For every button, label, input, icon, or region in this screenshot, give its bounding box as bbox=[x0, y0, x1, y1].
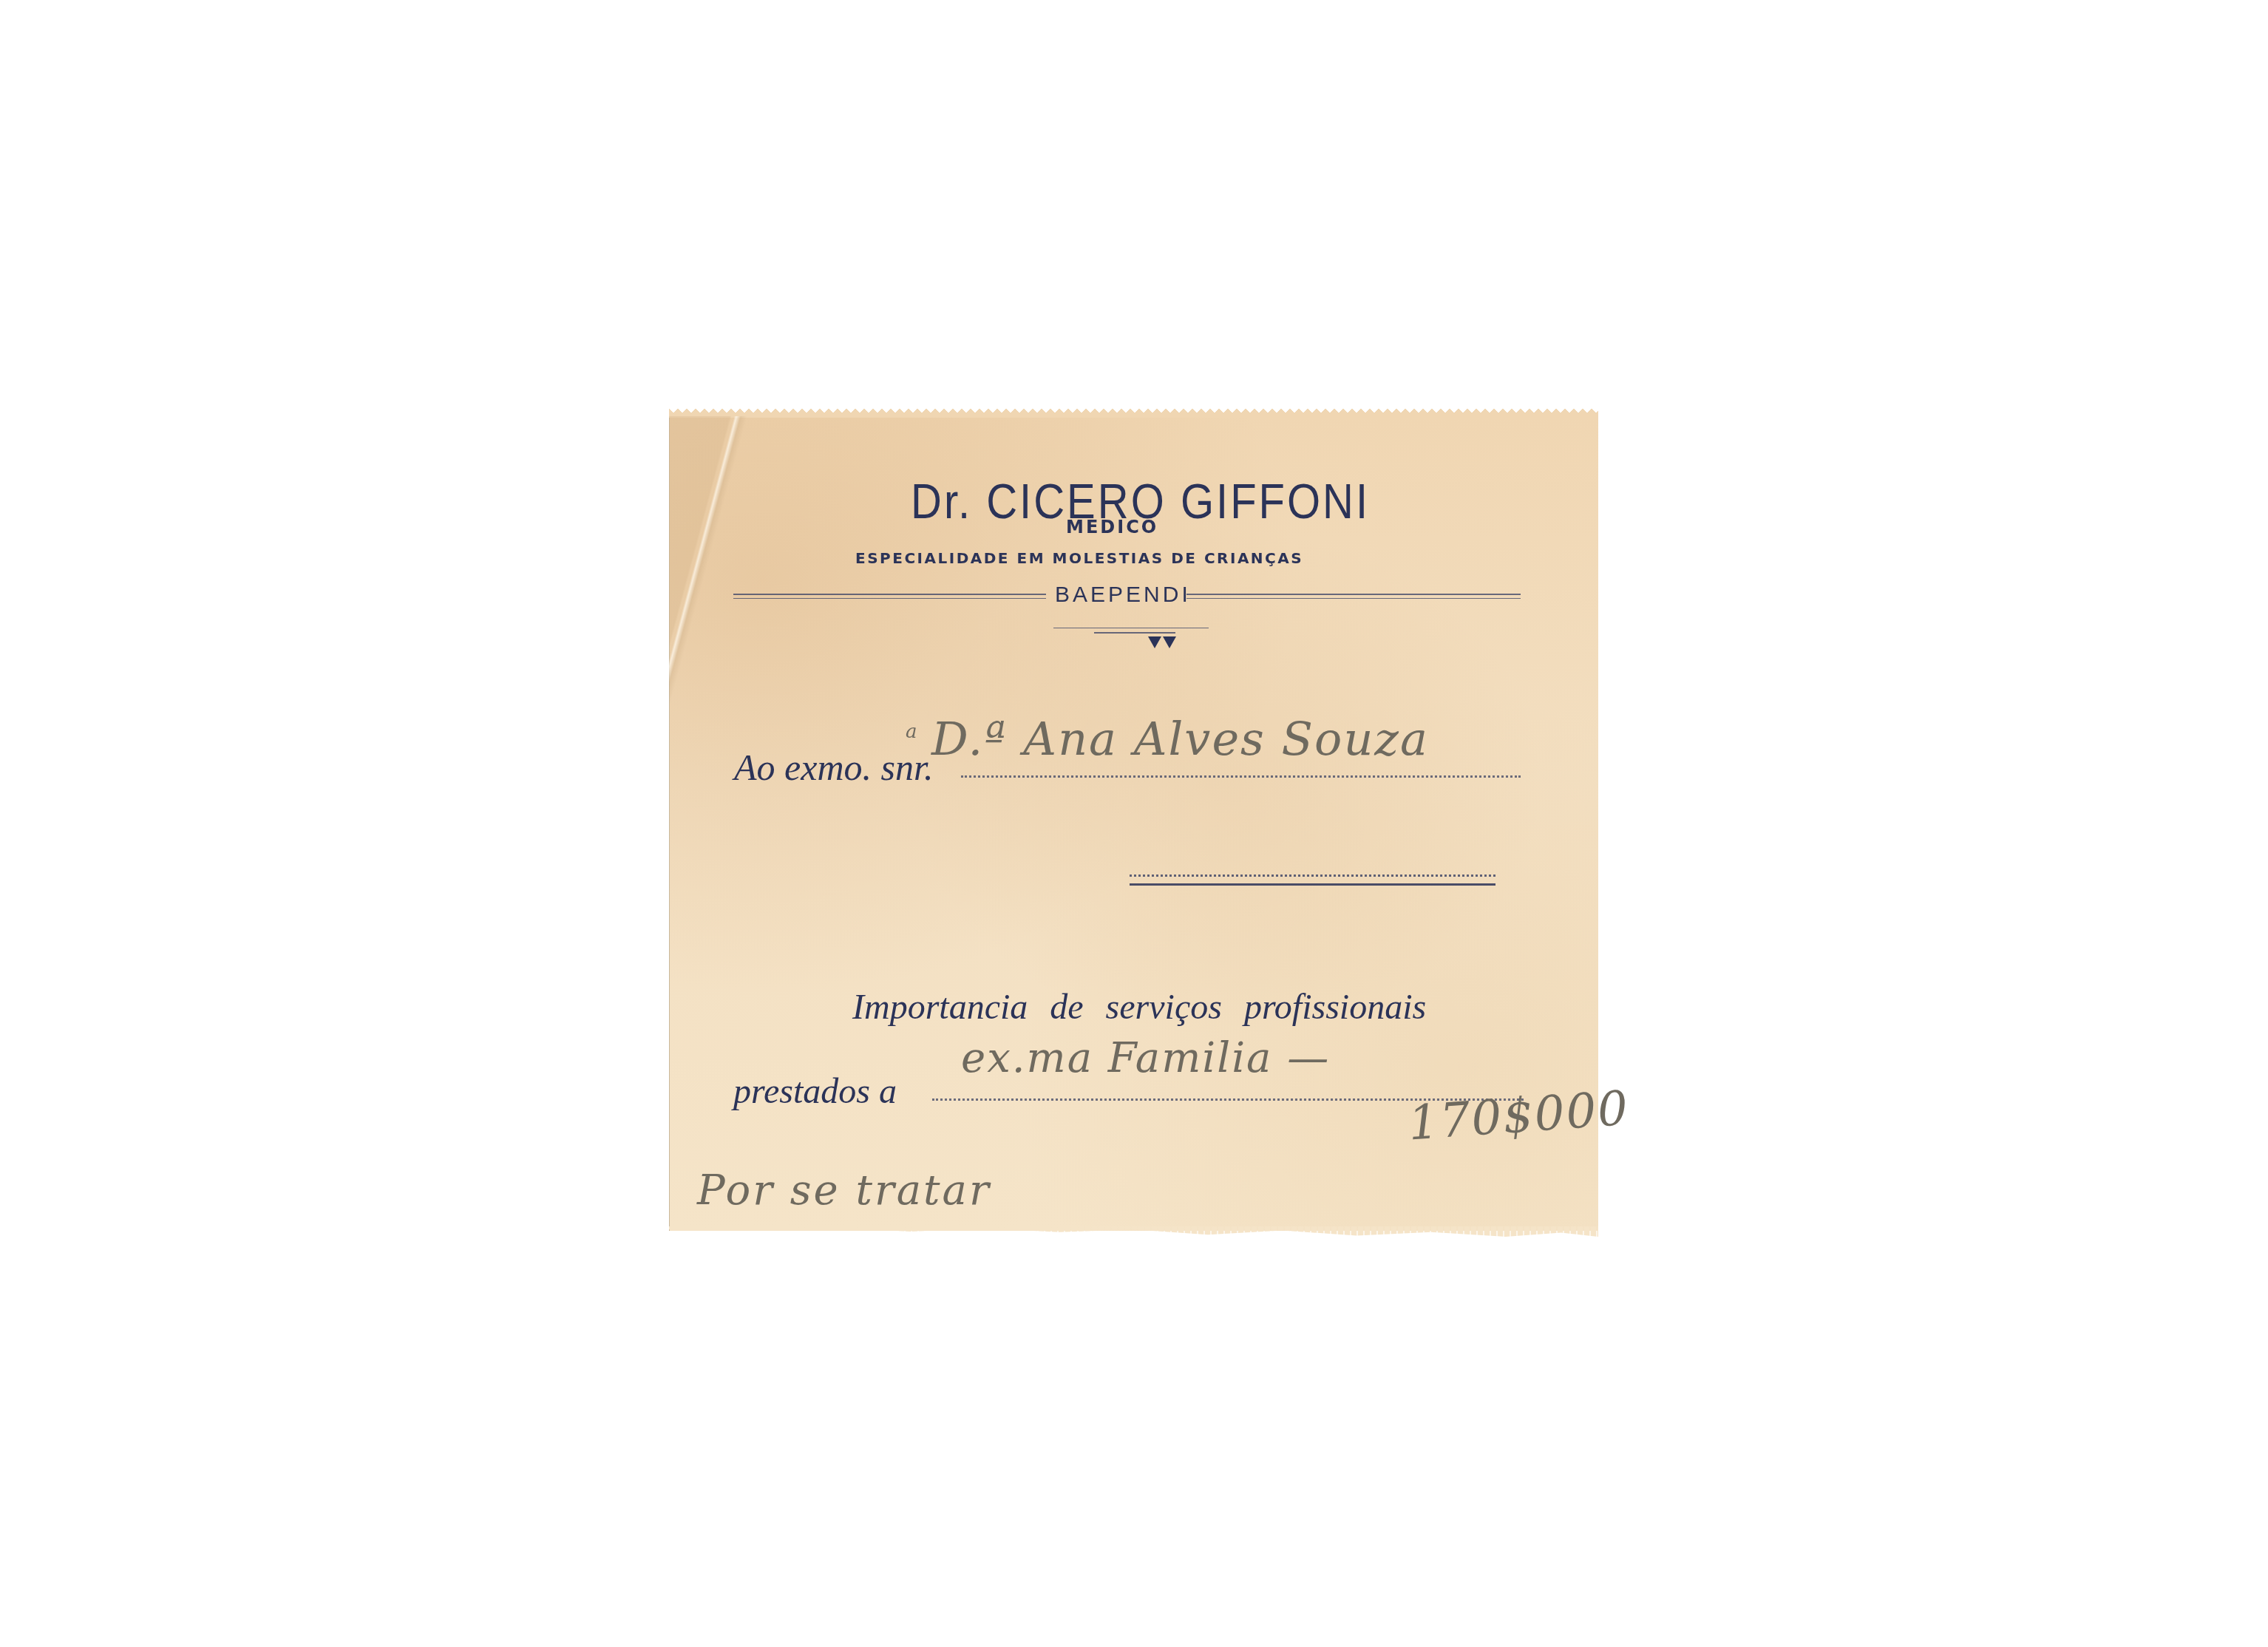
services-label: Importancia de serviços profissionais bbox=[852, 987, 1426, 1028]
perforated-top-edge bbox=[669, 409, 1598, 418]
handwritten-recipient: ex.ma Familia — bbox=[961, 1034, 1330, 1082]
handwritten-addressee-name: D.ª Ana Alves Souza bbox=[931, 712, 1429, 766]
profession: MEDICO bbox=[1066, 517, 1158, 537]
signature-dotted-line bbox=[1130, 875, 1495, 877]
handwritten-note: Por se tratar bbox=[697, 1167, 991, 1215]
header-rule-left-2 bbox=[733, 598, 1046, 599]
header-rule-right bbox=[1186, 594, 1521, 595]
handwritten-suffix: a bbox=[906, 721, 917, 743]
addressee-dotted-line bbox=[961, 775, 1521, 778]
handwritten-amount: 170$000 bbox=[1407, 1081, 1631, 1152]
ornament-rule-upper bbox=[1053, 628, 1209, 628]
rendered-to-label: prestados a bbox=[733, 1071, 897, 1112]
header-rule-right-2 bbox=[1186, 598, 1521, 599]
triangle-ornament-icon bbox=[1148, 636, 1178, 650]
city: BAEPENDI bbox=[1055, 583, 1191, 608]
torn-bottom-edge bbox=[669, 1226, 1598, 1237]
invoice-paper: Dr. CICERO GIFFONI MEDICO ESPECIALIDADE … bbox=[669, 416, 1598, 1231]
ornament-rule-lower bbox=[1094, 632, 1175, 634]
header-rule-left bbox=[733, 594, 1046, 595]
specialty: ESPECIALIDADE EM MOLESTIAS DE CRIANÇAS bbox=[855, 549, 1303, 567]
signature-solid-line bbox=[1130, 883, 1495, 886]
addressee-label: Ao exmo. snr. bbox=[734, 746, 933, 789]
folded-corner-shade bbox=[669, 416, 773, 786]
